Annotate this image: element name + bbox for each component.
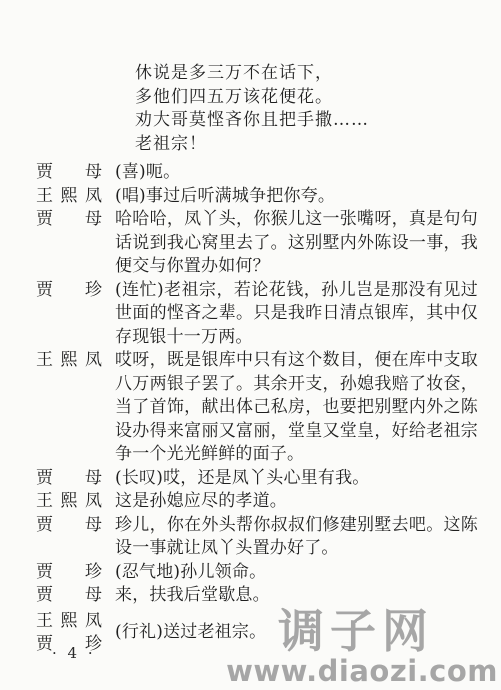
speaker-name-char: 母 <box>85 467 102 491</box>
speaker-name-char: 王 <box>36 349 53 373</box>
speaker-name-char: 母 <box>85 514 102 538</box>
speaker-name-char: 王 <box>36 610 53 634</box>
speaker-name-char: 贾 <box>36 584 53 608</box>
verse-line: 多他们四五万该花便花。 <box>135 86 478 110</box>
dialogue-entry: 王熙凤(唱)事过后听满城争把你夸。 <box>36 185 478 209</box>
dialogue-text: (长叹)哎，还是凤丫头心里有我。 <box>115 467 478 491</box>
speaker-name-char: 贾 <box>36 279 53 303</box>
watermark-site-url: www.diaozi.com <box>226 657 498 686</box>
speaker-name-char: 贾 <box>36 161 53 185</box>
page-number: · 4 · <box>52 644 96 662</box>
speaker-column: 贾珍 <box>36 561 102 585</box>
dialogue-text: (喜)呃。 <box>115 161 478 185</box>
speaker-name: 王熙凤 <box>36 490 102 514</box>
dialogue-entry: 贾母哈哈哈，凤丫头，你猴儿这一张嘴呀，真是句句话说到我心窝里去了。这别墅内外陈设… <box>36 208 478 279</box>
speaker-name-char: 贾 <box>36 208 53 232</box>
speaker-column: 王熙凤 <box>36 349 102 373</box>
speaker-column: 贾母 <box>36 584 102 608</box>
speaker-name: 贾珍 <box>36 279 102 303</box>
speaker-name: 王熙凤 <box>36 185 102 209</box>
watermark: 调子网 www.diaozi.com <box>226 608 498 686</box>
speaker-column: 王熙凤 <box>36 490 102 514</box>
page-content: 休说是多三万不在话下，多他们四五万该花便花。劝大哥莫悭吝你且把手撒……老祖宗！ … <box>36 62 478 657</box>
speaker-column: 贾母 <box>36 208 102 232</box>
dialogue-text: 珍儿，你在外头帮你叔叔们修建别墅去吧。这陈设一事就让凤丫头置办好了。 <box>115 514 478 561</box>
speaker-name: 贾母 <box>36 467 102 491</box>
speaker-name-char: 王 <box>36 490 53 514</box>
speaker-name-char: 熙 <box>61 185 78 209</box>
dialogue-entry: 贾母(长叹)哎，还是凤丫头心里有我。 <box>36 467 478 491</box>
speaker-name-char: 珍 <box>85 561 102 585</box>
speaker-column: 贾母 <box>36 514 102 538</box>
verse-line: 劝大哥莫悭吝你且把手撒…… <box>135 109 478 133</box>
speaker-name-char: 贾 <box>36 561 53 585</box>
verse-block: 休说是多三万不在话下，多他们四五万该花便花。劝大哥莫悭吝你且把手撒……老祖宗！ <box>135 62 478 156</box>
speaker-name: 贾母 <box>36 584 102 608</box>
speaker-name: 贾母 <box>36 161 102 185</box>
dialogue-entry: 贾母(喜)呃。 <box>36 161 478 185</box>
speaker-name-char: 母 <box>85 584 102 608</box>
dialogue-text: (忍气地)孙儿领命。 <box>115 561 478 585</box>
speaker-column: 王熙凤 <box>36 185 102 209</box>
dialogue-entry: 贾母珍儿，你在外头帮你叔叔们修建别墅去吧。这陈设一事就让凤丫头置办好了。 <box>36 514 478 561</box>
speaker-name-char: 贾 <box>36 467 53 491</box>
speaker-name: 王熙凤 <box>36 349 102 373</box>
speaker-name: 王熙凤 <box>36 610 102 634</box>
speaker-name-char: 熙 <box>61 610 78 634</box>
dialogue-entry: 贾珍(连忙)老祖宗，若论花钱，孙儿岂是那没有见过世面的悭吝之辈。只是我昨日清点银… <box>36 279 478 350</box>
speaker-name-char: 珍 <box>85 279 102 303</box>
speaker-name: 贾珍 <box>36 561 102 585</box>
speaker-name-char: 熙 <box>61 349 78 373</box>
dialogue-entry: 王熙凤哎呀，既是银库中只有这个数目，便在库中支取八万两银子罢了。其余开支，孙媳我… <box>36 349 478 467</box>
speaker-name-char: 贾 <box>36 633 53 657</box>
speaker-name-char: 贾 <box>36 514 53 538</box>
dialogue-text: (唱)事过后听满城争把你夸。 <box>115 185 478 209</box>
verse-line: 老祖宗！ <box>135 133 478 157</box>
speaker-name-char: 熙 <box>61 490 78 514</box>
speaker-column: 贾珍 <box>36 279 102 303</box>
dialogue-list: 贾母(喜)呃。王熙凤(唱)事过后听满城争把你夸。贾母哈哈哈，凤丫头，你猴儿这一张… <box>36 161 478 657</box>
dialogue-text: 哈哈哈，凤丫头，你猴儿这一张嘴呀，真是句句话说到我心窝里去了。这别墅内外陈设一事… <box>115 208 478 279</box>
speaker-name-char: 凤 <box>85 610 102 634</box>
speaker-name: 贾母 <box>36 208 102 232</box>
speaker-name-char: 母 <box>85 208 102 232</box>
dialogue-text: 哎呀，既是银库中只有这个数目，便在库中支取八万两银子罢了。其余开支，孙媳我赔了妆… <box>115 349 478 467</box>
speaker-name-char: 凤 <box>85 185 102 209</box>
speaker-name-char: 凤 <box>85 349 102 373</box>
speaker-column: 贾母 <box>36 467 102 491</box>
watermark-site-name: 调子网 <box>226 608 498 654</box>
dialogue-text: 这是孙媳应尽的孝道。 <box>115 490 478 514</box>
dialogue-text: (连忙)老祖宗，若论花钱，孙儿岂是那没有见过世面的悭吝之辈。只是我昨日清点银库，… <box>115 279 478 350</box>
verse-line: 休说是多三万不在话下， <box>135 62 478 86</box>
speaker-name-char: 王 <box>36 185 53 209</box>
dialogue-entry: 贾珍(忍气地)孙儿领命。 <box>36 561 478 585</box>
speaker-name: 贾母 <box>36 514 102 538</box>
speaker-name-char: 母 <box>85 161 102 185</box>
dialogue-entry: 王熙凤这是孙媳应尽的孝道。 <box>36 490 478 514</box>
speaker-column: 贾母 <box>36 161 102 185</box>
book-page: 休说是多三万不在话下，多他们四五万该花便花。劝大哥莫悭吝你且把手撒……老祖宗！ … <box>0 0 501 690</box>
speaker-name-char: 凤 <box>85 490 102 514</box>
